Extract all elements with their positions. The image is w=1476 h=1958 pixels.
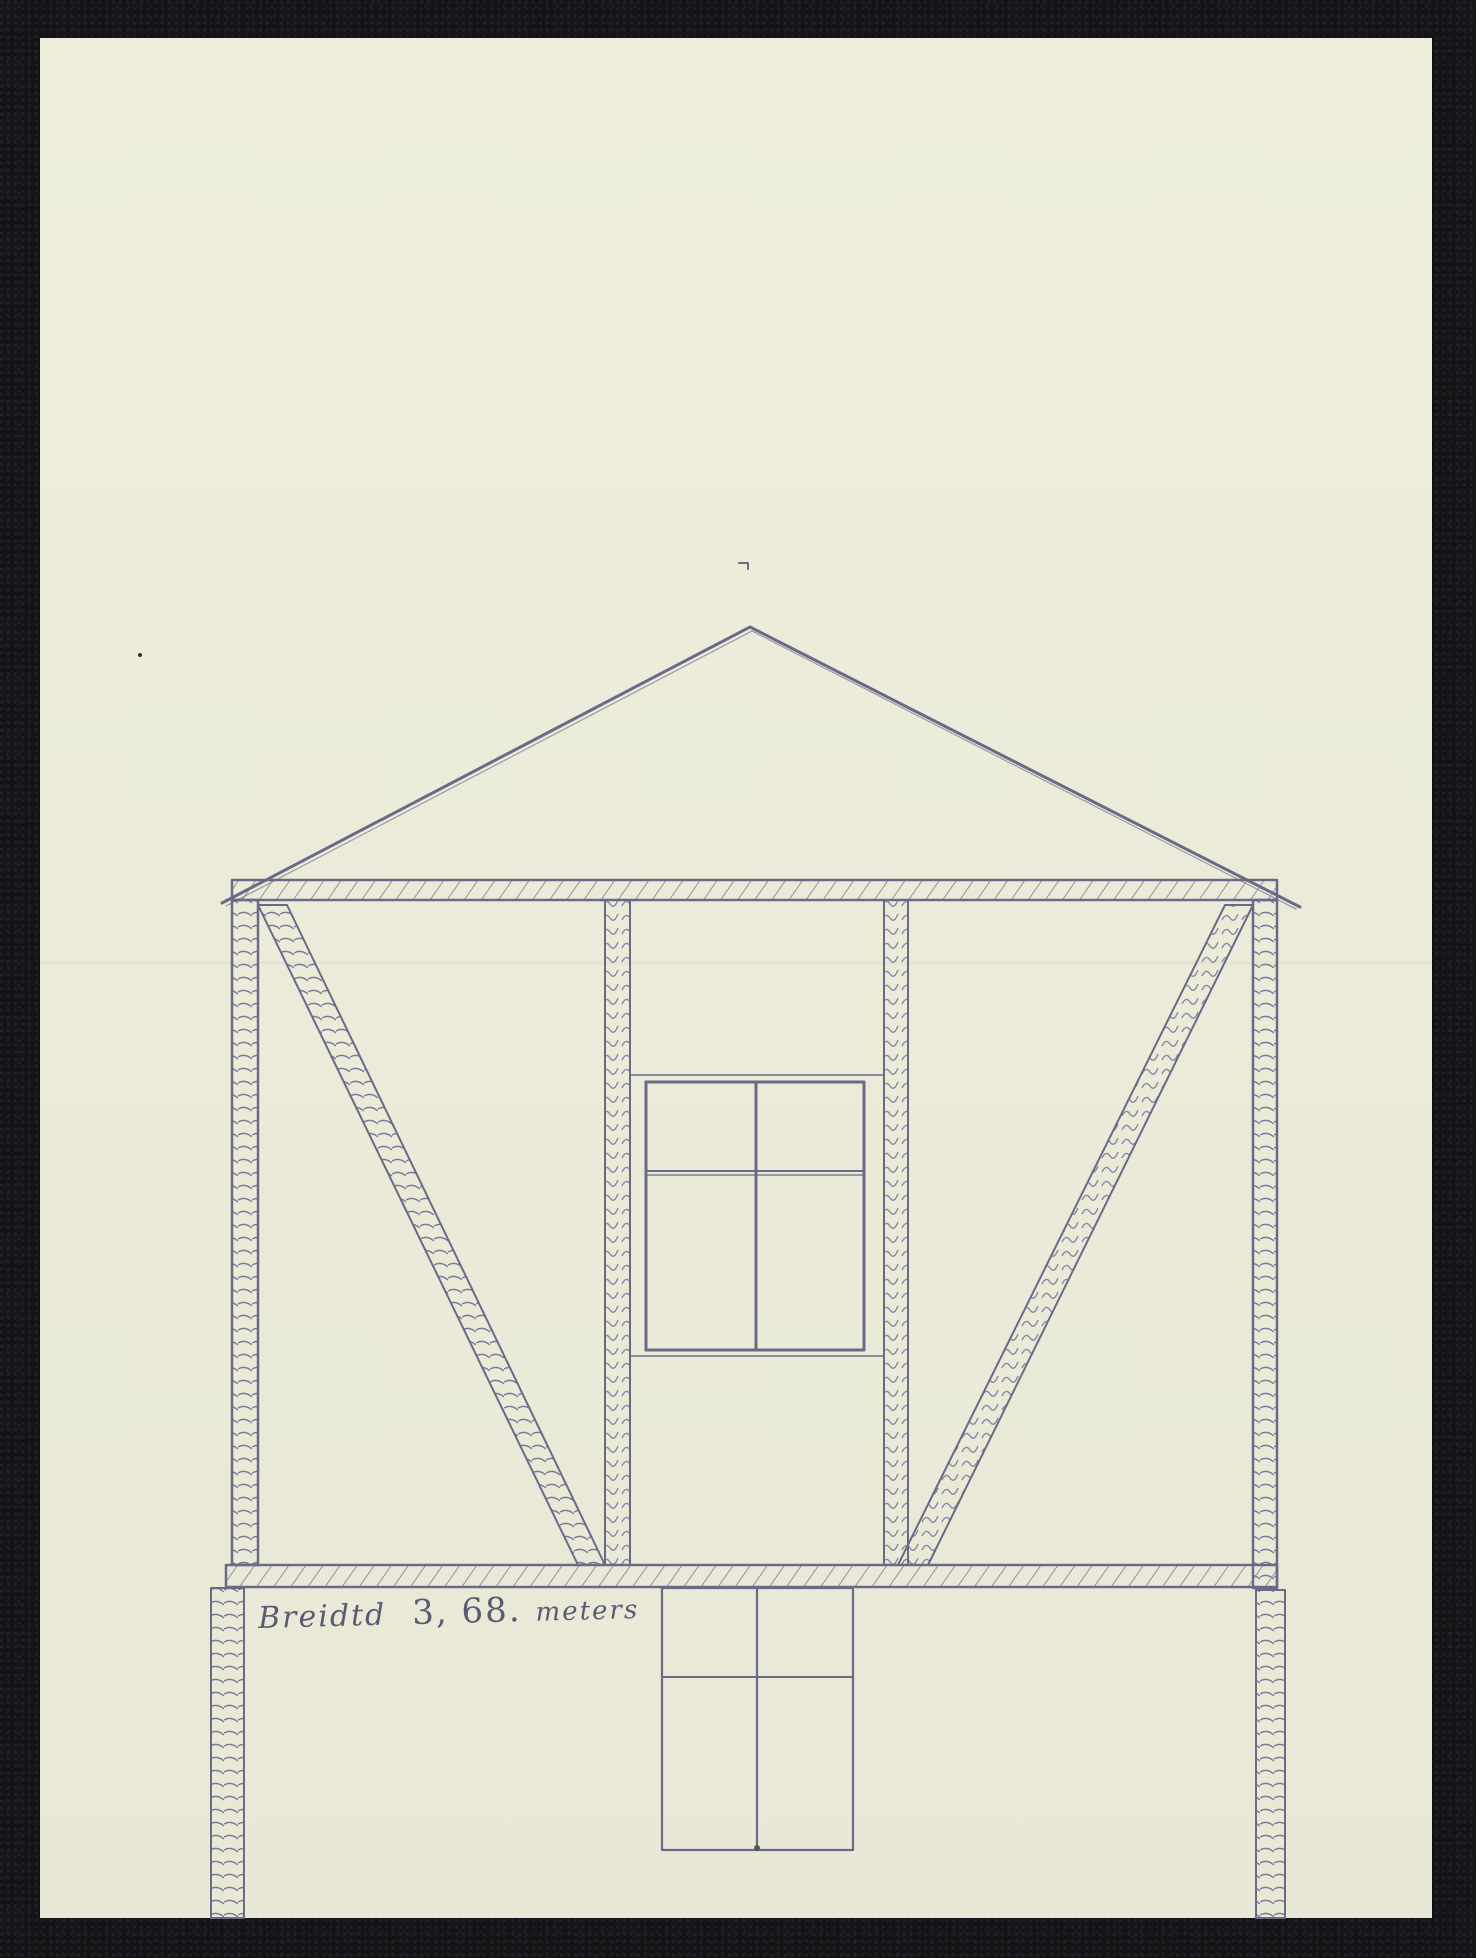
right-center-stud: [884, 900, 908, 1565]
lower-left-post: [211, 1588, 244, 1918]
right-diagonal-brace: [898, 905, 1253, 1565]
annotation-value: 3, 68.: [412, 1590, 522, 1633]
annotation-unit: meters: [535, 1595, 639, 1628]
annotation-label: Breidtd: [258, 1598, 387, 1636]
right-wall: [1253, 900, 1277, 1588]
lower-door: [662, 1588, 853, 1851]
left-diagonal-brace: [258, 905, 605, 1565]
floor-beam: [226, 1565, 1277, 1587]
top-beam: [232, 880, 1277, 900]
left-wall: [232, 900, 258, 1565]
lower-right-post: [1256, 1590, 1285, 1918]
house-elevation-drawing: [0, 0, 1476, 1958]
stray-pencil-mark: [739, 563, 748, 569]
roof: [222, 627, 1300, 909]
upper-window: [630, 1075, 884, 1356]
left-center-stud: [605, 900, 630, 1565]
stray-dot: [138, 653, 142, 657]
